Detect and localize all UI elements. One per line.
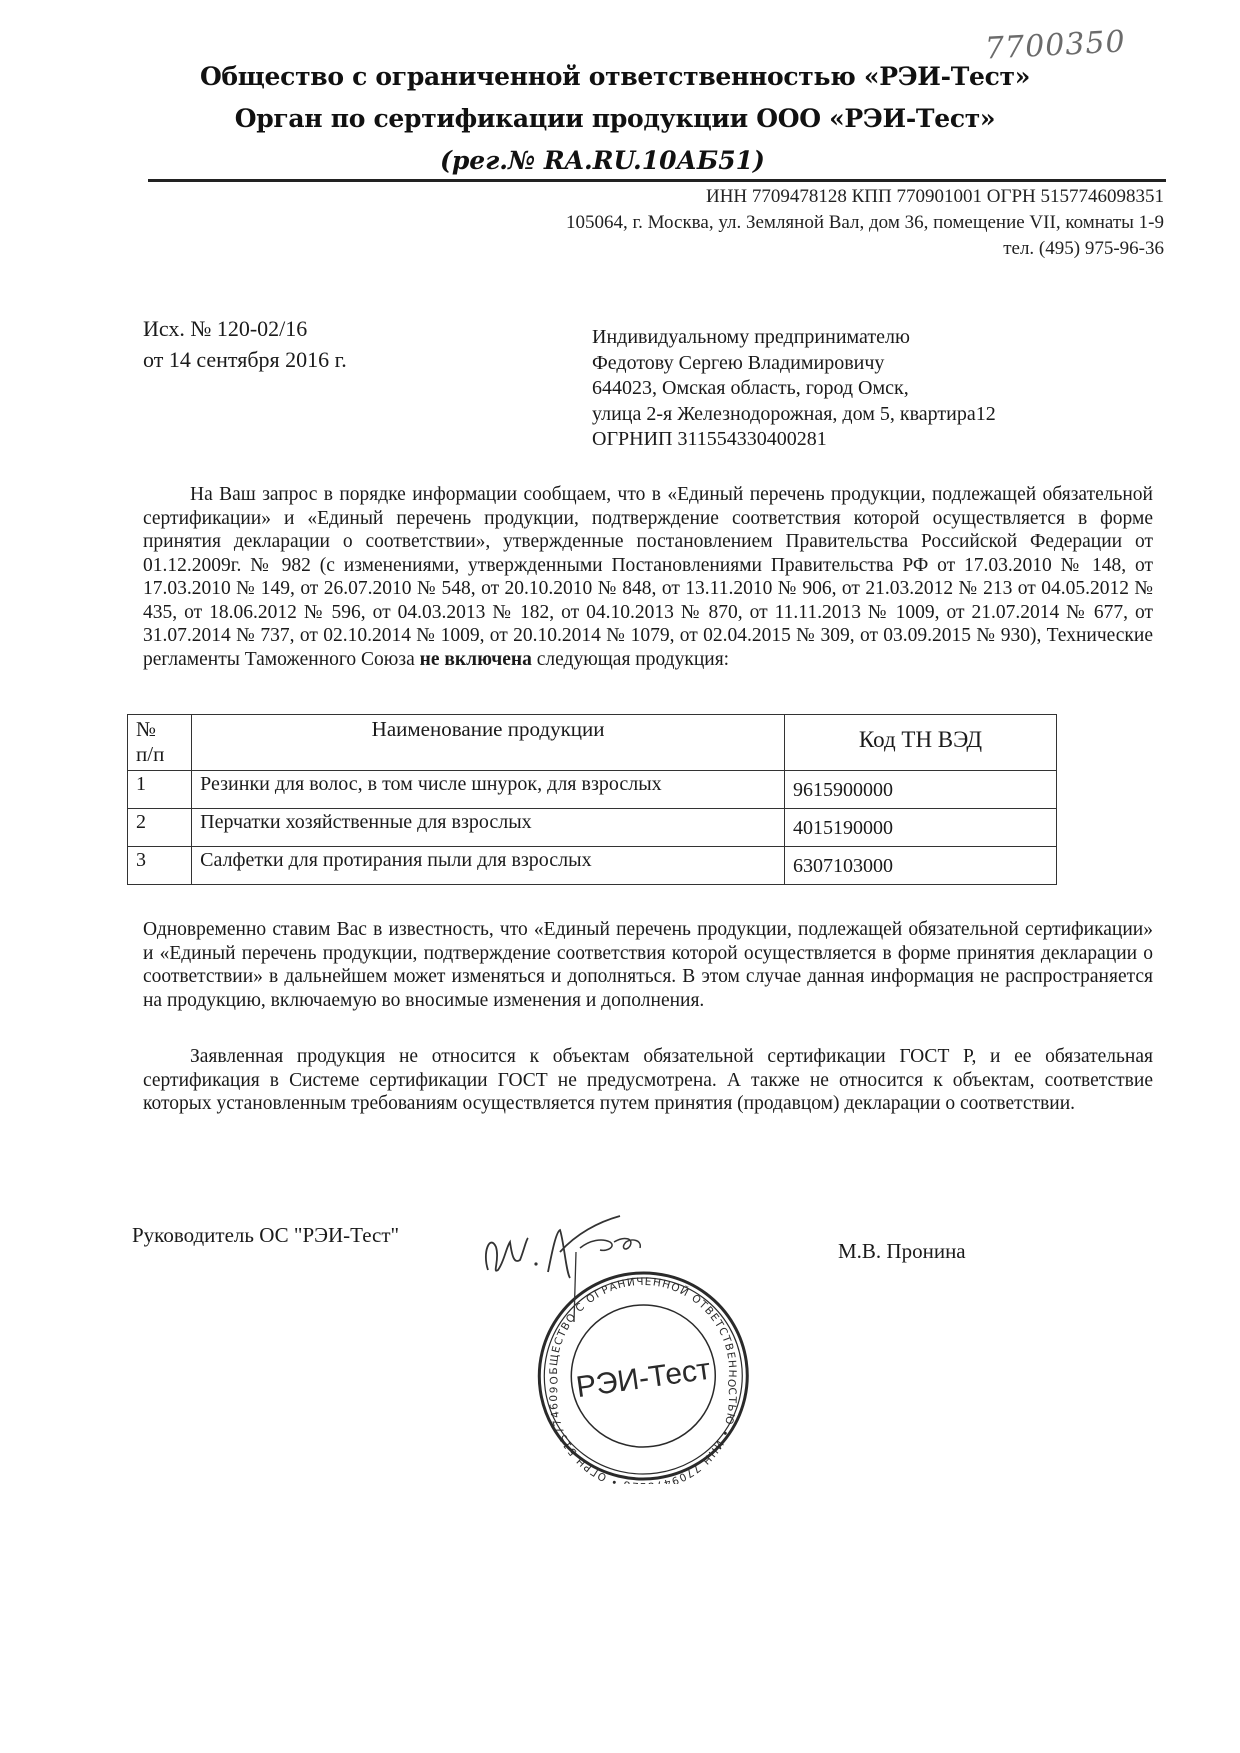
letter-page: 7700350 Общество с ограниченной ответств… [0,0,1240,1753]
row-num: 3 [128,847,192,885]
letterhead-company: Общество с ограниченной ответственностью… [150,62,1080,91]
letterhead-reg-number: (рег.№ RA.RU.10АБ51) [440,146,840,175]
addressee-street: улица 2-я Железнодорожная, дом 5, кварти… [592,402,996,428]
company-phone: тел. (495) 975-96-36 [1003,238,1164,260]
table-row: 1 Резинки для волос, в том числе шнурок,… [128,771,1057,809]
products-table: №п/п Наименование продукции Код ТН ВЭД 1… [127,714,1057,885]
outgoing-date: от 14 сентября 2016 г. [143,344,347,375]
addressee-title: Индивидуальному предпринимателю [592,325,996,351]
header-divider [148,179,1166,182]
row-num: 2 [128,809,192,847]
addressee-name: Федотову Сергею Владимировичу [592,351,996,377]
row-num: 1 [128,771,192,809]
header-num: №п/п [128,715,192,771]
row-product-name: Перчатки хозяйственные для взрослых [192,809,785,847]
header-tn-ved-code: Код ТН ВЭД [785,715,1057,771]
company-address: 105064, г. Москва, ул. Земляной Вал, дом… [566,212,1164,234]
body-paragraph-3: Заявленная продукция не относится к объе… [143,1045,1153,1116]
paragraph-1-text: На Ваш запрос в порядке информации сообщ… [143,484,1153,670]
body-paragraph-2: Одновременно ставим Вас в известность, ч… [143,918,1153,1012]
paragraph-1-tail: следующая продукция: [532,649,729,670]
addressee-block: Индивидуальному предпринимателю Федотову… [592,325,996,453]
table-row: 2 Перчатки хозяйственные для взрослых 40… [128,809,1057,847]
company-requisites: ИНН 7709478128 КПП 770901001 ОГРН 515774… [706,186,1164,208]
table-header-row: №п/п Наименование продукции Код ТН ВЭД [128,715,1057,771]
outgoing-reference: Исх. № 120-02/16 от 14 сентября 2016 г. [143,313,347,375]
outgoing-number: Исх. № 120-02/16 [143,313,347,344]
row-tn-ved-code: 4015190000 [785,809,1057,847]
signer-title: Руководитель ОС "РЭИ-Тест" [132,1223,399,1248]
table-row: 3 Салфетки для протирания пыли для взрос… [128,847,1057,885]
signer-name: М.В. Пронина [838,1239,966,1264]
body-paragraph-1: На Ваш запрос в порядке информации сообщ… [143,483,1153,671]
letterhead-body: Орган по сертификации продукции ООО «РЭИ… [150,104,1080,133]
handwritten-signature-icon [480,1212,710,1332]
header-product-name: Наименование продукции [192,715,785,771]
row-product-name: Резинки для волос, в том числе шнурок, д… [192,771,785,809]
handwritten-note: 7700350 [984,24,1126,66]
row-tn-ved-code: 6307103000 [785,847,1057,885]
row-product-name: Салфетки для протирания пыли для взрослы… [192,847,785,885]
addressee-ogrnip: ОГРНИП 311554330400281 [592,427,996,453]
addressee-city: 644023, Омская область, город Омск, [592,376,996,402]
stamp-center-text: РЭИ-Тест [574,1353,713,1405]
not-included-emphasis: не включена [420,649,532,670]
row-tn-ved-code: 9615900000 [785,771,1057,809]
